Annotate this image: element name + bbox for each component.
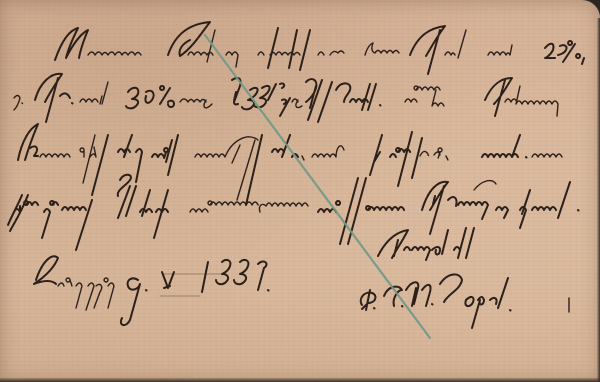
postcard: Meinen Verlag liefere ich zum Theil mit … [0,0,600,382]
handwriting-strokes [0,0,600,382]
line-2-strokes [14,74,558,122]
closing-strokes [378,228,474,260]
signature-strokes [361,274,511,328]
diagonal-crayon-mark [205,35,430,338]
line-1-strokes [55,22,584,74]
line-3-strokes [18,124,562,205]
place-date-strokes [34,256,269,325]
